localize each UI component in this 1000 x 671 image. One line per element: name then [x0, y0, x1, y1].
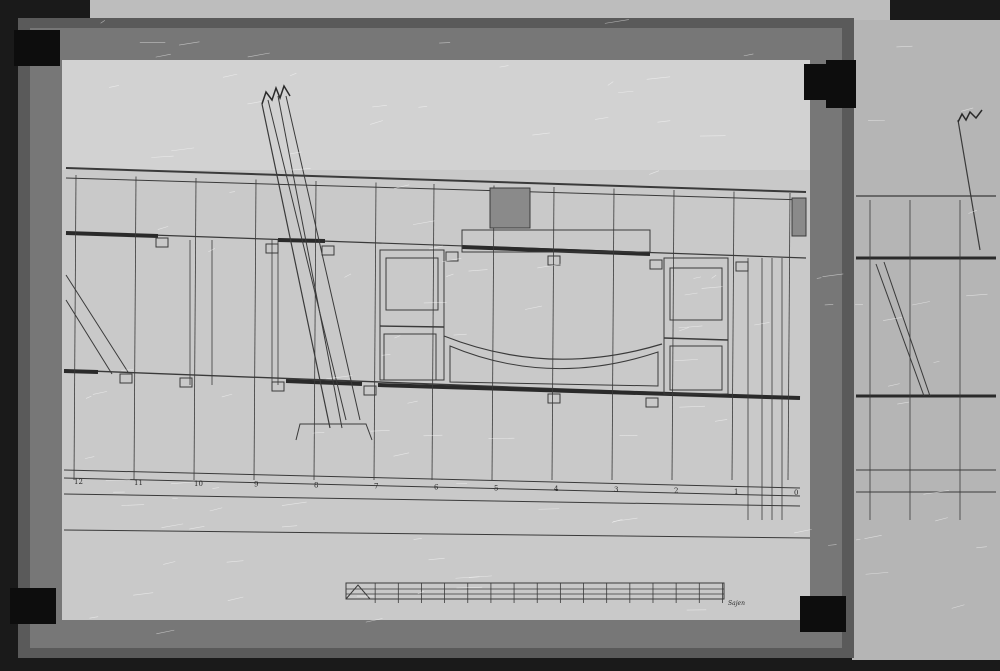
base-bar — [64, 371, 98, 372]
drawing-photo: 1211109876543210Sajen — [0, 0, 1000, 671]
paper-sky — [62, 60, 810, 170]
top-caption: handwritten Cyrillic caption at top edge… — [135, 0, 565, 18]
grid-label: 5 — [494, 484, 498, 492]
grid-label: 7 — [374, 483, 378, 491]
grid-label: 2 — [674, 487, 678, 495]
scale-bar-unit: Sajen — [728, 600, 745, 607]
hatched-block-right — [792, 198, 806, 236]
grid-label: 10 — [194, 480, 203, 488]
grid-label: 0 — [794, 489, 798, 497]
grid-label: 12 — [74, 478, 83, 486]
frame-clamp — [800, 596, 846, 632]
cornice-bar — [278, 240, 325, 241]
grid-label: 9 — [254, 481, 258, 489]
frame-clamp — [14, 30, 60, 66]
grid-label: 1 — [734, 488, 738, 496]
bay-divider — [380, 326, 444, 327]
frame-clamp — [826, 60, 856, 108]
grid-label: 8 — [314, 482, 318, 490]
grid-label: 3 — [614, 486, 618, 494]
hatched-block — [490, 188, 530, 228]
grid-label: 6 — [434, 483, 439, 491]
frame-clamp — [10, 588, 56, 624]
grid-label: 4 — [554, 485, 559, 493]
photo-stage: 1211109876543210Sajen handwritten Cyrill… — [0, 0, 1000, 671]
grid-label: 11 — [134, 479, 143, 487]
